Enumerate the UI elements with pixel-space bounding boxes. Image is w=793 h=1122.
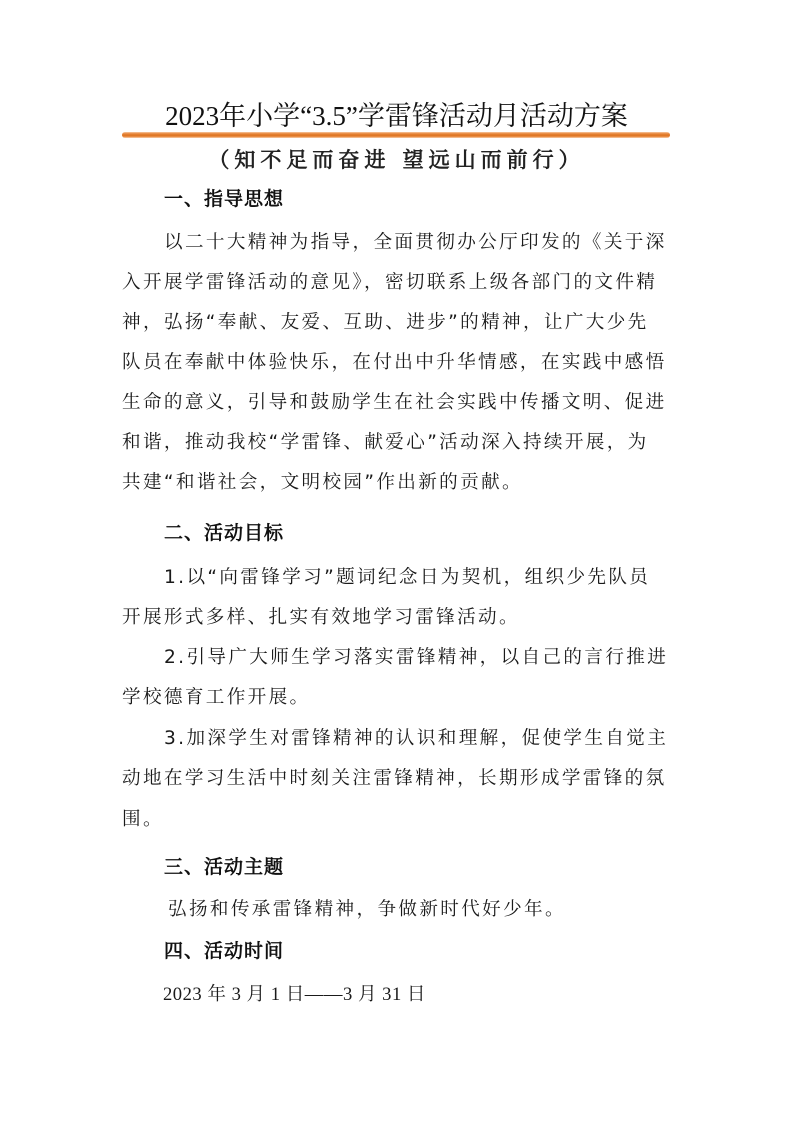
document-title: 2023年小学“3.5”学雷锋活动月活动方案	[0, 98, 793, 134]
section-heading-activity-time: 四、活动时间	[164, 939, 284, 963]
paragraph-line: 入开展学雷锋活动的意见》，密切联系上级各部门的文件精	[122, 271, 678, 295]
activity-theme-text: 弘扬和传承雷锋精神，争做新时代好少年。	[168, 898, 724, 922]
paragraph-line: 开展形式多样、扎实有效地学习雷锋活动。	[122, 606, 678, 630]
paragraph-line: 以二十大精神为指导，全面贯彻办公厅印发的《关于深	[164, 231, 720, 255]
paragraph-line: 神，弘扬“奉献、友爱、互助、进步”的精神，让广大少先	[122, 311, 678, 335]
paragraph-line: 共建“和谐社会，文明校园”作出新的贡献。	[122, 471, 678, 495]
goal-item-1: 1.以“向雷锋学习”题词纪念日为契机，组织少先队员	[164, 566, 720, 590]
paragraph-line: 队员在奉献中体验快乐，在付出中升华情感，在实践中感悟	[122, 351, 678, 375]
goal-item-2: 2.引导广大师生学习落实雷锋精神，以自己的言行推进	[164, 646, 720, 670]
section-heading-activity-theme: 三、活动主题	[164, 855, 284, 879]
section-heading-guiding-ideology: 一、指导思想	[164, 187, 284, 211]
goal-item-3: 3.加深学生对雷锋精神的认识和理解，促使学生自觉主	[164, 727, 720, 751]
paragraph-line: 学校德育工作开展。	[122, 686, 678, 710]
document-page: 2023年小学“3.5”学雷锋活动月活动方案 （知不足而奋进 望远山而前行） 一…	[0, 0, 793, 1122]
activity-date-range: 2023 年 3 月 1 日——3 月 31 日	[163, 983, 719, 1007]
paragraph-line: 生命的意义，引导和鼓励学生在社会实践中传播文明、促进	[122, 391, 678, 415]
section-heading-activity-goals: 二、活动目标	[164, 521, 284, 545]
paragraph-line: 围。	[122, 808, 678, 832]
title-underline-rule	[122, 132, 670, 138]
document-subtitle: （知不足而奋进 望远山而前行）	[0, 145, 793, 175]
paragraph-line: 动地在学习生活中时刻关注雷锋精神，长期形成学雷锋的氛	[122, 767, 678, 791]
paragraph-line: 和谐，推动我校“学雷锋、献爱心”活动深入持续开展，为	[122, 431, 678, 455]
